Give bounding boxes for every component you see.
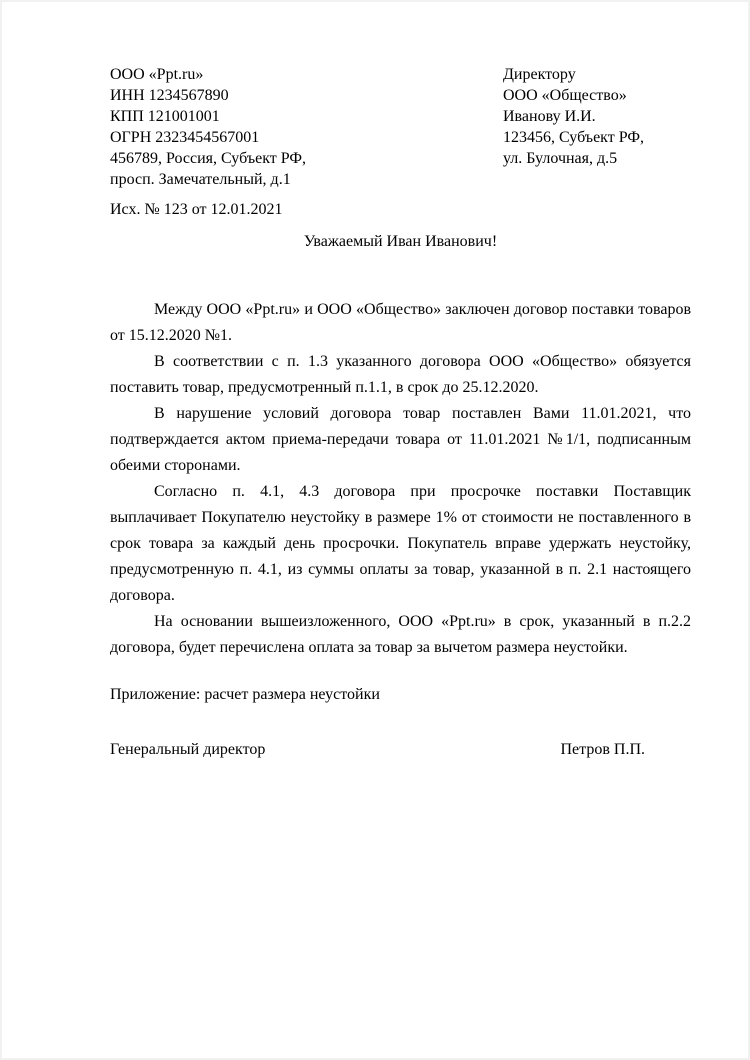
outgoing-reference: Исх. № 123 от 12.01.2021 xyxy=(110,199,691,220)
body-paragraph: В нарушение условий договора товар поста… xyxy=(110,401,691,479)
sender-block: ООО «Ppt.ru» ИНН 1234567890 КПП 12100100… xyxy=(110,64,306,190)
signature-name: Петров П.П. xyxy=(560,737,645,763)
recipient-line: 123456, Субъект РФ, xyxy=(503,127,691,148)
sender-line: КПП 121001001 xyxy=(110,106,306,127)
body-paragraph: Между ООО «Ppt.ru» и ООО «Общество» закл… xyxy=(110,297,691,349)
sender-line: 456789, Россия, Субъект РФ, xyxy=(110,148,306,169)
recipient-line: Директору xyxy=(503,64,691,85)
letter-header: ООО «Ppt.ru» ИНН 1234567890 КПП 12100100… xyxy=(110,64,691,190)
letter-page: ООО «Ppt.ru» ИНН 1234567890 КПП 12100100… xyxy=(0,0,750,1060)
signature-row: Генеральный директор Петров П.П. xyxy=(110,737,691,763)
sender-line: просп. Замечательный, д.1 xyxy=(110,169,306,190)
signature-position: Генеральный директор xyxy=(110,737,265,763)
body-paragraph: На основании вышеизложенного, ООО «Ppt.r… xyxy=(110,609,691,661)
sender-line: ОГРН 2323454567001 xyxy=(110,127,306,148)
letter-body: Между ООО «Ppt.ru» и ООО «Общество» закл… xyxy=(110,297,691,661)
sender-line: ООО «Ppt.ru» xyxy=(110,64,306,85)
recipient-line: Иванову И.И. xyxy=(503,106,691,127)
recipient-line: ООО «Общество» xyxy=(503,85,691,106)
salutation: Уважаемый Иван Иванович! xyxy=(110,229,691,255)
sender-line: ИНН 1234567890 xyxy=(110,85,306,106)
recipient-line: ул. Булочная, д.5 xyxy=(503,148,691,169)
attachment-line: Приложение: расчет размера неустойки xyxy=(110,682,691,708)
body-paragraph: В соответствии с п. 1.3 указанного догов… xyxy=(110,349,691,401)
recipient-block: Директору ООО «Общество» Иванову И.И. 12… xyxy=(503,64,691,169)
body-paragraph: Согласно п. 4.1, 4.3 договора при просро… xyxy=(110,479,691,609)
